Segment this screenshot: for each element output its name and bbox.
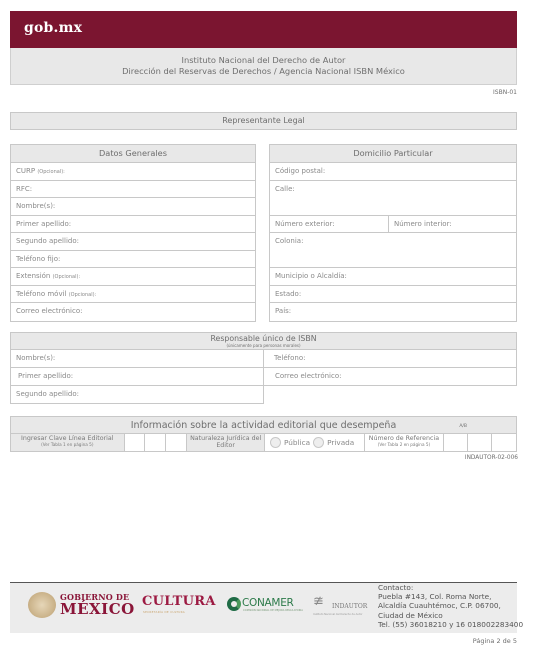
institution-name: Instituto Nacional del Derecho de Autor [11, 55, 516, 66]
resp-field-segundo-apellido[interactable]: Segundo apellido: [10, 386, 264, 404]
direction-name: Dirección del Reservas de Derechos / Age… [11, 66, 516, 77]
responsable-title: Responsable único de ISBN [11, 333, 516, 343]
responsable-header: Responsable único de ISBN (únicamente pa… [10, 332, 517, 350]
radio-publica[interactable] [270, 437, 281, 448]
indautor-logo: INDAUTOR [332, 603, 367, 610]
naturaleza-label: Naturaleza Jurídica del Editor [187, 434, 265, 451]
contact-info: Contacto: Puebla #143, Col. Roma Norte, … [378, 583, 523, 629]
field-municipio[interactable]: Municipio o Alcaldía: [270, 268, 516, 286]
field-extension[interactable]: Extensión (Opcional): [11, 268, 255, 286]
field-pais[interactable]: País: [270, 303, 516, 321]
indautor-subtitle: Instituto Nacional del Derecho de Autor [313, 613, 362, 616]
cultura-subtitle: SECRETARÍA DE CULTURA [143, 610, 185, 614]
conamer-subtitle: COMISIÓN NACIONAL DE MEJORA REGULATORIA [243, 609, 303, 612]
radio-privada[interactable] [313, 437, 324, 448]
resp-field-primer-apellido[interactable]: Primer apellido: [10, 368, 264, 386]
field-rfc[interactable]: RFC: [11, 181, 255, 199]
ab-label: A/B [459, 422, 467, 432]
field-estado[interactable]: Estado: [270, 286, 516, 304]
ref-box-1[interactable] [444, 434, 468, 451]
gobierno-de-mexico-logo: GOBIERNO DE MÉXICO [60, 593, 135, 617]
domicilio-title: Domicilio Particular [270, 145, 516, 163]
ref-box-3[interactable] [492, 434, 516, 451]
resp-field-nombre[interactable]: Nombre(s): [10, 350, 264, 368]
field-codigo-postal[interactable]: Código postal: [270, 163, 516, 181]
ref-box-2[interactable] [468, 434, 492, 451]
naturaleza-options: Pública Privada [265, 434, 365, 451]
mexico-emblem-icon [28, 592, 56, 618]
field-correo[interactable]: Correo electrónico: [11, 303, 255, 321]
resp-field-correo[interactable]: Correo electrónico: [263, 368, 517, 386]
field-primer-apellido[interactable]: Primer apellido: [11, 216, 255, 234]
form-code-indautor: INDAUTOR-02-006 [465, 455, 518, 461]
info-editorial-title: Información sobre la actividad editorial… [131, 420, 397, 431]
info-editorial-header: Información sobre la actividad editorial… [10, 416, 517, 434]
clave-box-1[interactable] [125, 434, 146, 451]
resp-field-telefono[interactable]: Teléfono: [263, 350, 517, 368]
numero-row: Número exterior: Número interior: [270, 216, 516, 234]
clave-box-3[interactable] [166, 434, 187, 451]
field-colonia[interactable]: Colonia: [270, 233, 516, 268]
field-segundo-apellido[interactable]: Segundo apellido: [11, 233, 255, 251]
info-editorial-row: Ingresar Clave Línea Editorial (Ver Tabl… [10, 434, 517, 452]
gob-mx-header-bar: gob.mx [10, 11, 517, 48]
conamer-icon [227, 597, 241, 611]
field-nombre[interactable]: Nombre(s): [11, 198, 255, 216]
gob-mx-logo[interactable]: gob.mx [24, 20, 82, 36]
responsable-subtitle: (únicamente para personas morales) [11, 343, 516, 348]
datos-generales-title: Datos Generales [11, 145, 255, 163]
datos-generales-table: Datos Generales CURP (Opcional): RFC: No… [10, 144, 256, 322]
field-numero-interior[interactable]: Número interior: [389, 216, 452, 233]
institution-band: Instituto Nacional del Derecho de Autor … [10, 48, 517, 85]
field-curp[interactable]: CURP (Opcional): [11, 163, 255, 181]
domicilio-particular-table: Domicilio Particular Código postal: Call… [269, 144, 517, 322]
field-calle[interactable]: Calle: [270, 181, 516, 216]
clave-box-2[interactable] [145, 434, 166, 451]
section-title-representante: Representante Legal [10, 112, 517, 130]
conamer-logo: CONAMER [242, 597, 294, 609]
form-code: ISBN-01 [493, 89, 517, 96]
page-number: Página 2 de 5 [473, 637, 517, 645]
field-telefono-fijo[interactable]: Teléfono fijo: [11, 251, 255, 269]
indautor-icon: ≇ [313, 594, 324, 609]
numero-referencia-label: Número de Referencia (Ver Tabla 2 en pág… [365, 434, 445, 451]
clave-linea-label: Ingresar Clave Línea Editorial (Ver Tabl… [11, 434, 125, 451]
cultura-logo: CULTURA [142, 594, 216, 609]
field-telefono-movil[interactable]: Teléfono móvil (Opcional): [11, 286, 255, 304]
field-numero-exterior[interactable]: Número exterior: [270, 216, 389, 233]
